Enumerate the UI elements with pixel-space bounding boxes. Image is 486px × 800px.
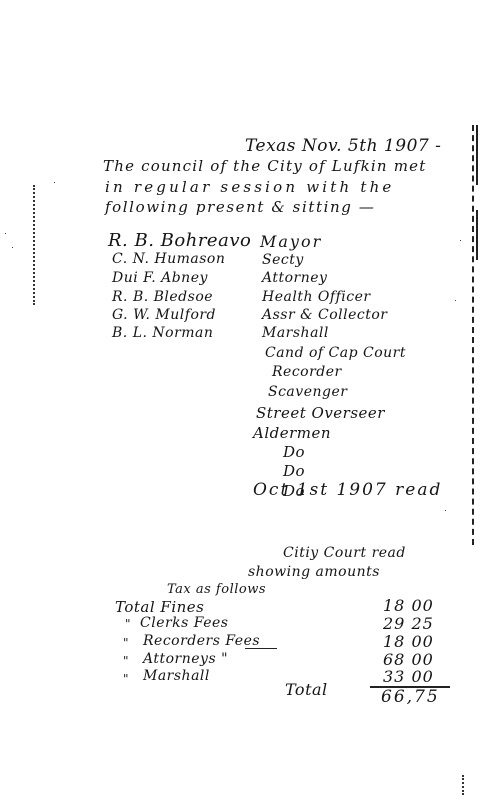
attendee-title: Health Officer (262, 289, 371, 305)
attendee-name: C. N. Humason (112, 251, 225, 267)
attendee-name: G. W. Mulford (112, 307, 216, 323)
ledger-total-amount: 66,75 (381, 687, 440, 707)
report-line-1: Citiy Court read (283, 545, 406, 561)
minutes-read-line: Oct 1st 1907 read (253, 480, 442, 500)
attendee-name: R. B. Bohreavo (108, 230, 251, 251)
ledger-label: Marshall (143, 668, 210, 684)
ledger-prefix: " (123, 654, 129, 668)
attendee-title: Assr & Collector (262, 307, 388, 323)
attendee-title: Mayor (260, 232, 322, 251)
scan-speck (455, 300, 456, 301)
ledger-label: Attorneys " (143, 651, 228, 667)
ledger-label: Total Fines (115, 598, 204, 616)
report-line-2: showing amounts (248, 564, 380, 580)
intro-line-1: The council of the City of Lufkin met (103, 157, 426, 175)
attendee-name: Dui F. Abney (112, 270, 208, 286)
attendee-title: Cand of Cap Court (265, 345, 406, 361)
scan-speck (12, 247, 13, 248)
document-page: Texas Nov. 5th 1907 - The council of the… (0, 0, 486, 800)
ledger-prefix: " (123, 672, 129, 686)
scan-speck (5, 233, 6, 234)
attendee-name: R. B. Bledsoe (112, 289, 213, 305)
intro-line-2: in regular session with the (105, 178, 395, 196)
ledger-amount: 33 00 (383, 667, 434, 686)
date-line: Texas Nov. 5th 1907 - (245, 136, 441, 156)
attendee-title: Secty (262, 252, 304, 268)
attendee-title: Attorney (262, 270, 327, 286)
attendee-name: B. L. Norman (112, 325, 213, 341)
right-page-edge-solid-2 (476, 210, 478, 260)
report-line-3: Tax as follows (167, 582, 266, 597)
ledger-amount: 18 00 (383, 596, 434, 615)
ledger-prefix: " (123, 636, 129, 650)
attendee-title: Scavenger (268, 384, 347, 400)
attendee-title: Aldermen (253, 424, 331, 442)
ledger-underline (245, 648, 277, 649)
ledger-label: Clerks Fees (140, 615, 229, 631)
ledger-label: Recorders Fees (143, 633, 260, 649)
scan-speck (445, 510, 446, 511)
attendee-title: Marshall (262, 325, 329, 341)
ledger-amount: 29 25 (383, 614, 434, 633)
attendee-title: Street Overseer (256, 404, 385, 422)
scan-speck (54, 182, 55, 183)
ledger-prefix: " (125, 617, 131, 631)
right-page-edge-solid (476, 125, 478, 185)
right-page-edge (472, 125, 474, 545)
ledger-total-label: Total (285, 680, 328, 699)
attendee-title: Do (283, 443, 305, 461)
attendee-title: Do (283, 462, 305, 480)
bottom-right-artifact (462, 775, 464, 795)
ledger-amount: 18 00 (383, 632, 434, 651)
scan-speck (460, 240, 461, 241)
left-margin-artifact (33, 185, 35, 305)
attendee-title: Recorder (272, 364, 342, 380)
intro-line-3: following present & sitting — (105, 198, 375, 216)
